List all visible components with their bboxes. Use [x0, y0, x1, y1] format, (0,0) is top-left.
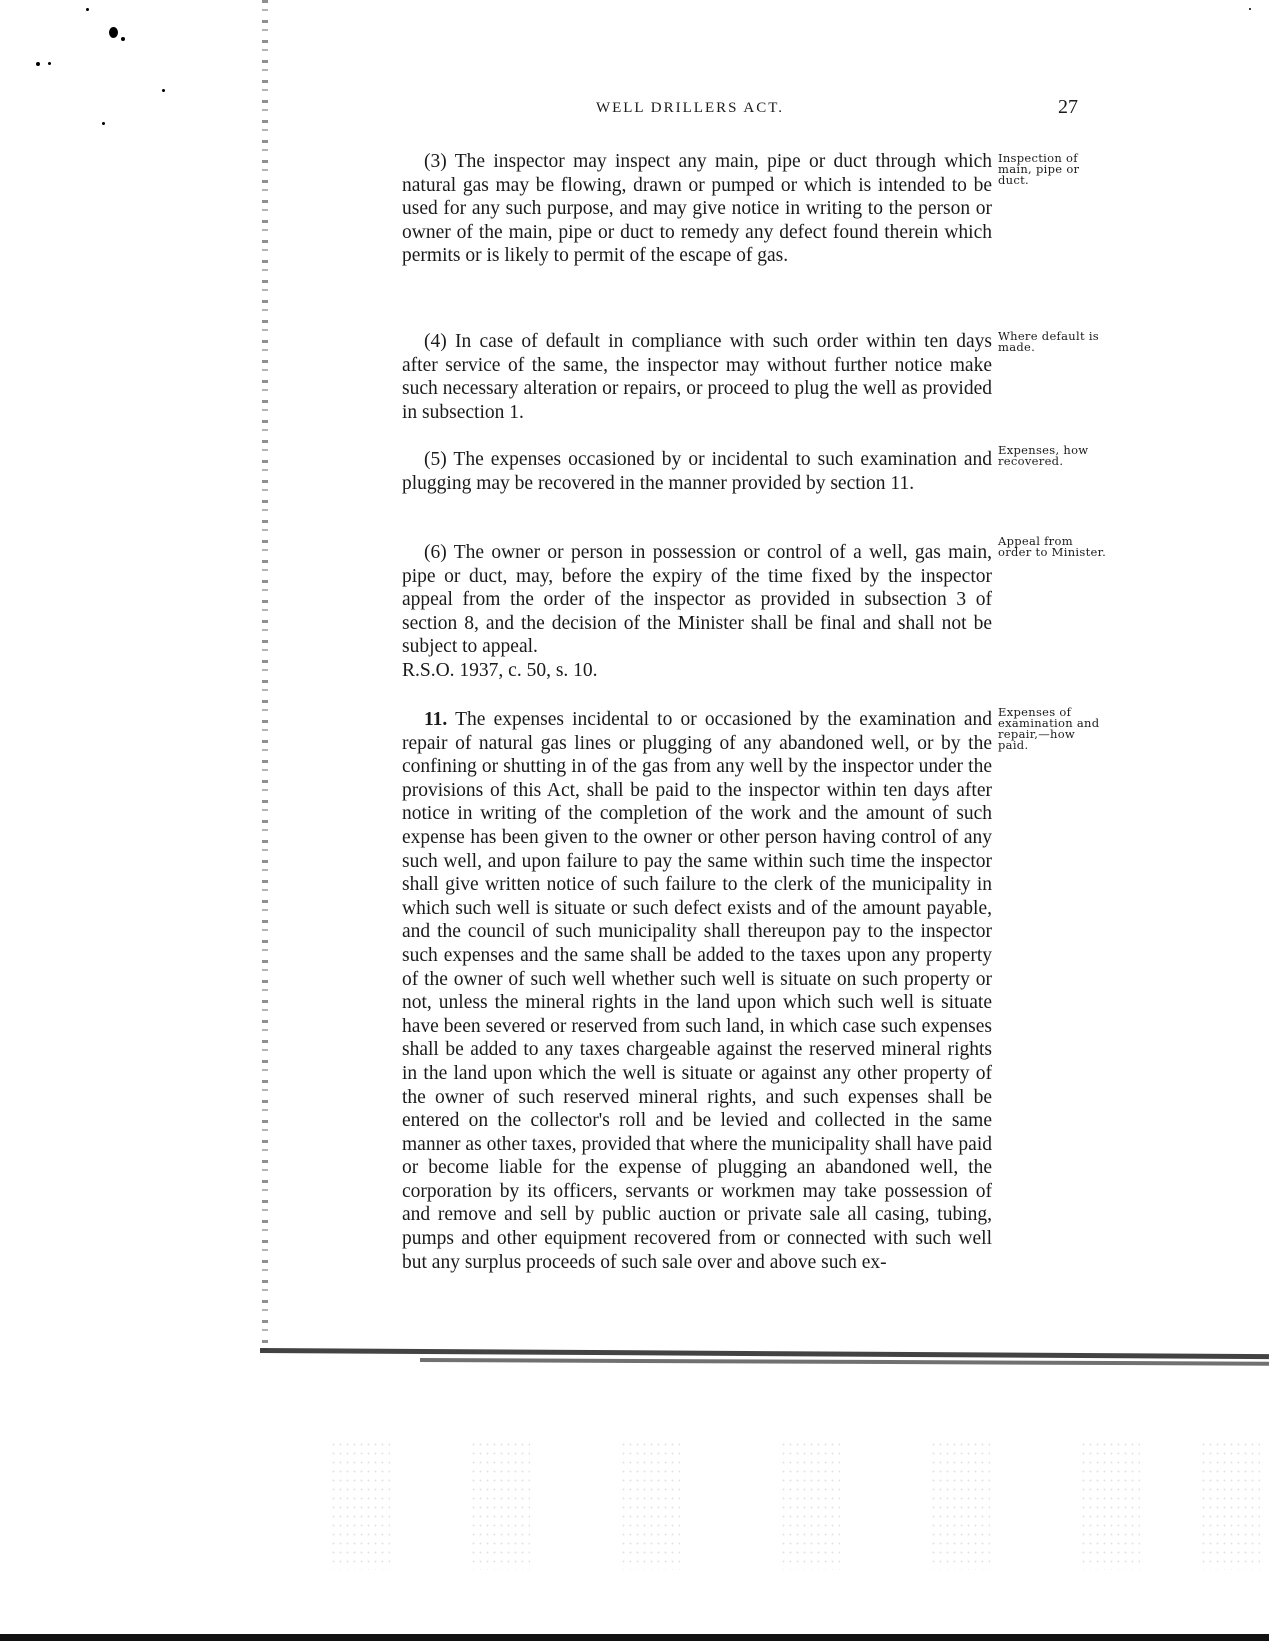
page-edge-artifact	[420, 1358, 1269, 1366]
margin-note: Where default is made.	[998, 331, 1108, 353]
subsection-4: (4) In case of default in compliance wit…	[402, 330, 992, 424]
scanned-page: WELL DRILLERS ACT. 27 (3) The inspector …	[0, 0, 1269, 1641]
scan-border	[0, 1634, 1269, 1641]
bleed-through-artifact	[330, 1440, 390, 1570]
subsection-6: (6) The owner or person in possession or…	[402, 541, 992, 683]
section-text: The expenses incidental to or occasioned…	[402, 709, 992, 1273]
scan-speck	[36, 62, 40, 66]
scan-speck	[109, 27, 118, 38]
bleed-through-artifact	[470, 1440, 530, 1570]
citation: R.S.O. 1937, c. 50, s. 10.	[402, 659, 992, 683]
margin-note: Appeal from order to Minister.	[998, 536, 1108, 558]
subsection-label: (4)	[424, 331, 447, 352]
margin-note: Expenses, how recovered.	[998, 445, 1108, 467]
section-11: 11. The expenses incidental to or occasi…	[402, 708, 992, 1274]
subsection-label: (3)	[424, 151, 447, 172]
subsection-label: (6)	[424, 542, 447, 563]
binding-edge-artifact	[262, 0, 268, 1350]
margin-note: Expenses of examination and repair,—how …	[998, 707, 1108, 751]
running-title: WELL DRILLERS ACT.	[400, 100, 980, 117]
bleed-through-artifact	[1080, 1440, 1140, 1570]
scan-speck	[48, 62, 51, 65]
bleed-through-artifact	[780, 1440, 840, 1570]
subsection-3: (3) The inspector may inspect any main, …	[402, 150, 992, 268]
scan-speck	[86, 8, 89, 11]
subsection-label: (5)	[424, 449, 447, 470]
subsection-text: The inspector may inspect any main, pipe…	[402, 151, 992, 266]
subsection-5: (5) The expenses occasioned by or incide…	[402, 448, 992, 495]
subsection-text: In case of default in compliance with su…	[402, 331, 992, 423]
section-number: 11.	[424, 709, 447, 730]
bleed-through-artifact	[620, 1440, 680, 1570]
page-number: 27	[1058, 96, 1078, 119]
bleed-through-artifact	[930, 1440, 990, 1570]
bleed-through-artifact	[1200, 1440, 1260, 1570]
subsection-text: The expenses occasioned by or incidental…	[402, 449, 992, 494]
margin-note: Inspection of main, pipe or duct.	[998, 153, 1108, 186]
scan-speck	[162, 89, 165, 92]
scan-speck	[102, 122, 105, 125]
subsection-text: The owner or person in possession or con…	[402, 542, 992, 657]
page-edge-artifact	[260, 1348, 1269, 1359]
scan-speck	[121, 37, 125, 41]
scan-speck	[1249, 8, 1251, 10]
